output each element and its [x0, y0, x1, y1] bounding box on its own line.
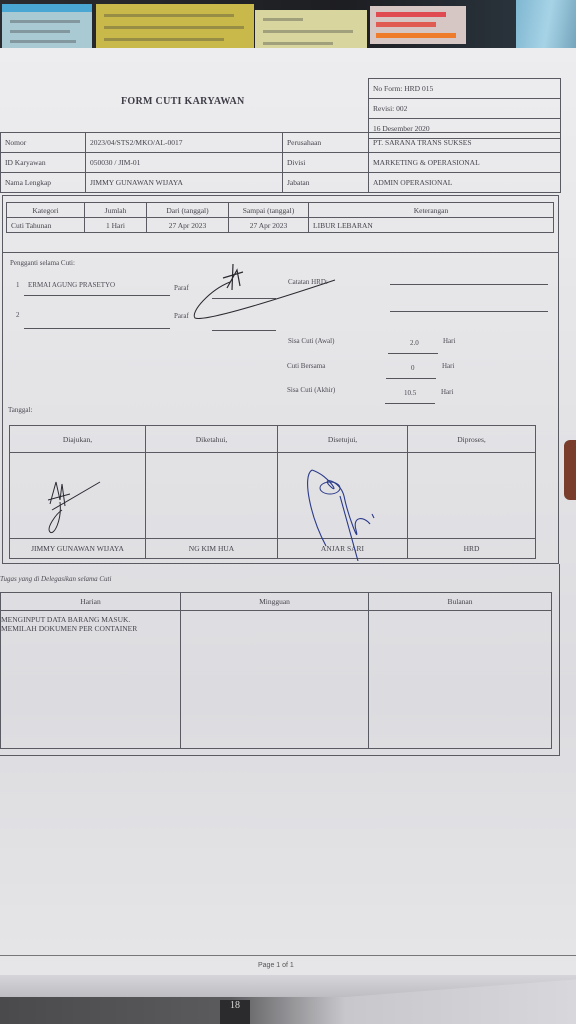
- employee-info-table: Nomor 2023/04/STS2/MKO/AL-0017 Perusahaa…: [0, 132, 561, 193]
- header-harian: Harian: [1, 593, 181, 611]
- balance-akhir-value: 10.5: [404, 389, 416, 397]
- header-diketahui: Diketahui,: [146, 426, 278, 453]
- header-sampai: Sampai (tanggal): [229, 203, 309, 218]
- header-diajukan: Diajukan,: [10, 426, 146, 453]
- jabatan-value: ADMIN OPERASIONAL: [369, 173, 561, 193]
- replacement-1-name: ERMAI AGUNG PRASETYO: [28, 281, 115, 289]
- signature-disetujui: [300, 466, 390, 561]
- cell-harian: MENGINPUT DATA BARANG MASUK. MEMILAH DOK…: [1, 611, 181, 749]
- paraf-signature: [185, 260, 345, 322]
- desk-bottom: [0, 975, 576, 1024]
- form-revision: Revisi: 002: [369, 99, 561, 119]
- replacement-1-number: 1: [16, 281, 20, 289]
- balance-awal-value: 2.0: [410, 339, 419, 347]
- name-diketahui: NG KIM HUA: [146, 539, 278, 559]
- signature-box-diketahui: [146, 453, 278, 539]
- header-keterangan: Keterangan: [309, 203, 554, 218]
- name-diproses: HRD: [408, 539, 536, 559]
- id-karyawan-label: ID Karyawan: [1, 153, 86, 173]
- divisi-value: MARKETING & OPERASIONAL: [369, 153, 561, 173]
- form-meta-table: No Form: HRD 015 Revisi: 002 16 Desember…: [368, 78, 561, 139]
- perusahaan-label: Perusahaan: [283, 133, 369, 153]
- signature-box-diproses: [408, 453, 536, 539]
- id-karyawan-value: 050030 / JIM-01: [86, 153, 283, 173]
- cell-sampai: 27 Apr 2023: [229, 218, 309, 233]
- cuti-bersama-value: 0: [411, 364, 415, 372]
- nama-lengkap-value: JIMMY GUNAWAN WIJAYA: [86, 173, 283, 193]
- cell-kategori: Cuti Tahunan: [7, 218, 85, 233]
- catatan-line-2: [390, 311, 548, 312]
- balance-awal-label: Sisa Cuti (Awal): [288, 337, 334, 345]
- jabatan-label: Jabatan: [283, 173, 369, 193]
- cuti-bersama-unit: Hari: [442, 362, 454, 370]
- finger: [564, 440, 576, 500]
- form-number: No Form: HRD 015: [369, 79, 561, 99]
- leave-table: Kategori Jumlah Dari (tanggal) Sampai (t…: [6, 202, 554, 233]
- signature-diajukan: [40, 470, 110, 540]
- perusahaan-value: PT. SARANA TRANS SUKSES: [369, 133, 561, 153]
- footer-line: [0, 955, 576, 956]
- nomor-label: Nomor: [1, 133, 86, 153]
- balance-awal-line: [388, 353, 438, 354]
- catatan-line-1: [390, 284, 548, 285]
- page-number: Page 1 of 1: [258, 962, 294, 969]
- sticky-note-pink: [370, 6, 466, 44]
- header-kategori: Kategori: [7, 203, 85, 218]
- pengganti-label: Pengganti selama Cuti:: [10, 259, 75, 267]
- sticky-note-yellow: [96, 4, 254, 48]
- header-jumlah: Jumlah: [85, 203, 147, 218]
- delegation-table: Harian Mingguan Bulanan MENGINPUT DATA B…: [0, 592, 552, 749]
- header-disetujui: Disetujui,: [278, 426, 408, 453]
- balance-awal-unit: Hari: [443, 337, 455, 345]
- cell-jumlah: 1 Hari: [85, 218, 147, 233]
- balance-akhir-unit: Hari: [441, 388, 453, 396]
- header-mingguan: Mingguan: [181, 593, 369, 611]
- form-title: FORM CUTI KARYAWAN: [121, 96, 245, 107]
- replacement-1-line: [24, 295, 170, 296]
- harian-task: MENGINPUT DATA BARANG MASUK.: [1, 615, 176, 624]
- nomor-value: 2023/04/STS2/MKO/AL-0017: [86, 133, 283, 153]
- replacement-2-line: [24, 328, 170, 329]
- sticky-note-blue: [2, 4, 92, 48]
- cell-mingguan: [181, 611, 369, 749]
- divisi-label: Divisi: [283, 153, 369, 173]
- harian-task: MEMILAH DOKUMEN PER CONTAINER: [1, 624, 176, 633]
- header-diproses: Diproses,: [408, 426, 536, 453]
- replacement-2-paraf-line: [212, 330, 276, 331]
- cell-dari: 27 Apr 2023: [147, 218, 229, 233]
- delegation-label: Tugas yang di Delegasikan selama Cuti: [0, 575, 111, 583]
- header-bulanan: Bulanan: [369, 593, 552, 611]
- name-diajukan: JIMMY GUNAWAN WIJAYA: [10, 539, 146, 559]
- cuti-bersama-line: [386, 378, 436, 379]
- tanggal-label: Tanggal:: [8, 406, 32, 414]
- balance-akhir-line: [385, 403, 435, 404]
- cuti-bersama-label: Cuti Bersama: [287, 362, 325, 370]
- balance-akhir-label: Sisa Cuti (Akhir): [287, 386, 335, 394]
- cell-bulanan: [369, 611, 552, 749]
- nama-lengkap-label: Nama Lengkap: [1, 173, 86, 193]
- replacement-2-number: 2: [16, 311, 20, 319]
- header-dari: Dari (tanggal): [147, 203, 229, 218]
- ruler: 18: [220, 1000, 250, 1024]
- cell-keterangan: LIBUR LEBARAN: [309, 218, 554, 233]
